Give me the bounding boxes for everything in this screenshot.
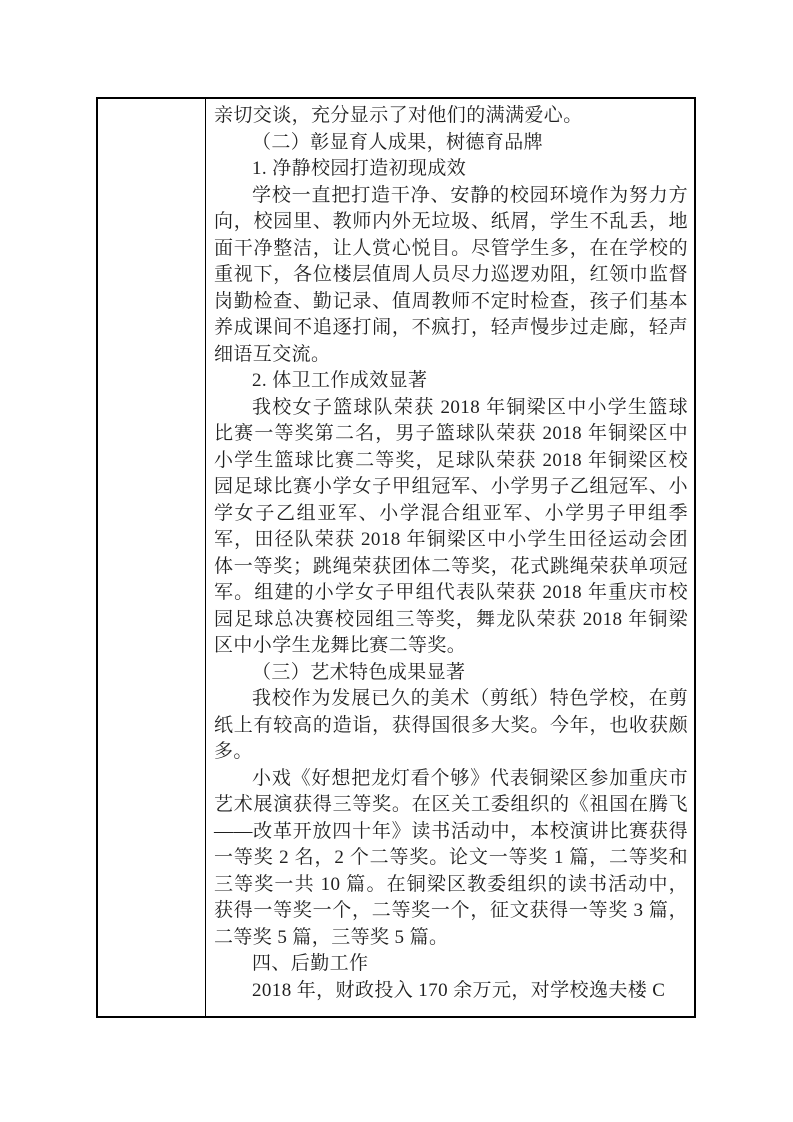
paragraph-art-activities: 小戏《好想把龙灯看个够》代表铜梁区参加重庆市艺术展演获得三等奖。在区关工委组织的… xyxy=(214,766,688,952)
document-page: 亲切交谈，充分显示了对他们的满满爱心。 （二）彰显育人成果，树德育品牌 1. 净… xyxy=(0,0,793,1122)
paragraph-art-school: 我校作为发展已久的美术（剪纸）特色学校，在剪纸上有较高的造诣，获得国很多大奖。今… xyxy=(214,686,688,766)
paragraph-logistics-funding: 2018 年，财政投入 170 余万元，对学校逸夫楼 C xyxy=(214,978,688,1005)
heading-bullet-2: （二）彰显育人成果，树德育品牌 xyxy=(214,130,688,157)
heading-bullet-3: （三）艺术特色成果显著 xyxy=(214,660,688,687)
paragraph-continuation: 亲切交谈，充分显示了对他们的满满爱心。 xyxy=(214,103,688,130)
empty-label-cell xyxy=(98,99,206,1016)
paragraph-campus-environment: 学校一直把打造干净、安静的校园环境作为努力方向，校园里、教师内外无垃圾、纸屑，学… xyxy=(214,183,688,369)
report-table: 亲切交谈，充分显示了对他们的满满爱心。 （二）彰显育人成果，树德育品牌 1. 净… xyxy=(96,97,696,1018)
report-content-cell: 亲切交谈，充分显示了对他们的满满爱心。 （二）彰显育人成果，树德育品牌 1. 净… xyxy=(206,99,694,1016)
paragraph-sports-awards: 我校女子篮球队荣获 2018 年铜梁区中小学生篮球比赛一等奖第二名，男子篮球队荣… xyxy=(214,395,688,660)
heading-section-4: 四、后勤工作 xyxy=(214,951,688,978)
heading-sub-1: 1. 净静校园打造初现成效 xyxy=(214,156,688,183)
heading-sub-2: 2. 体卫工作成效显著 xyxy=(214,368,688,395)
